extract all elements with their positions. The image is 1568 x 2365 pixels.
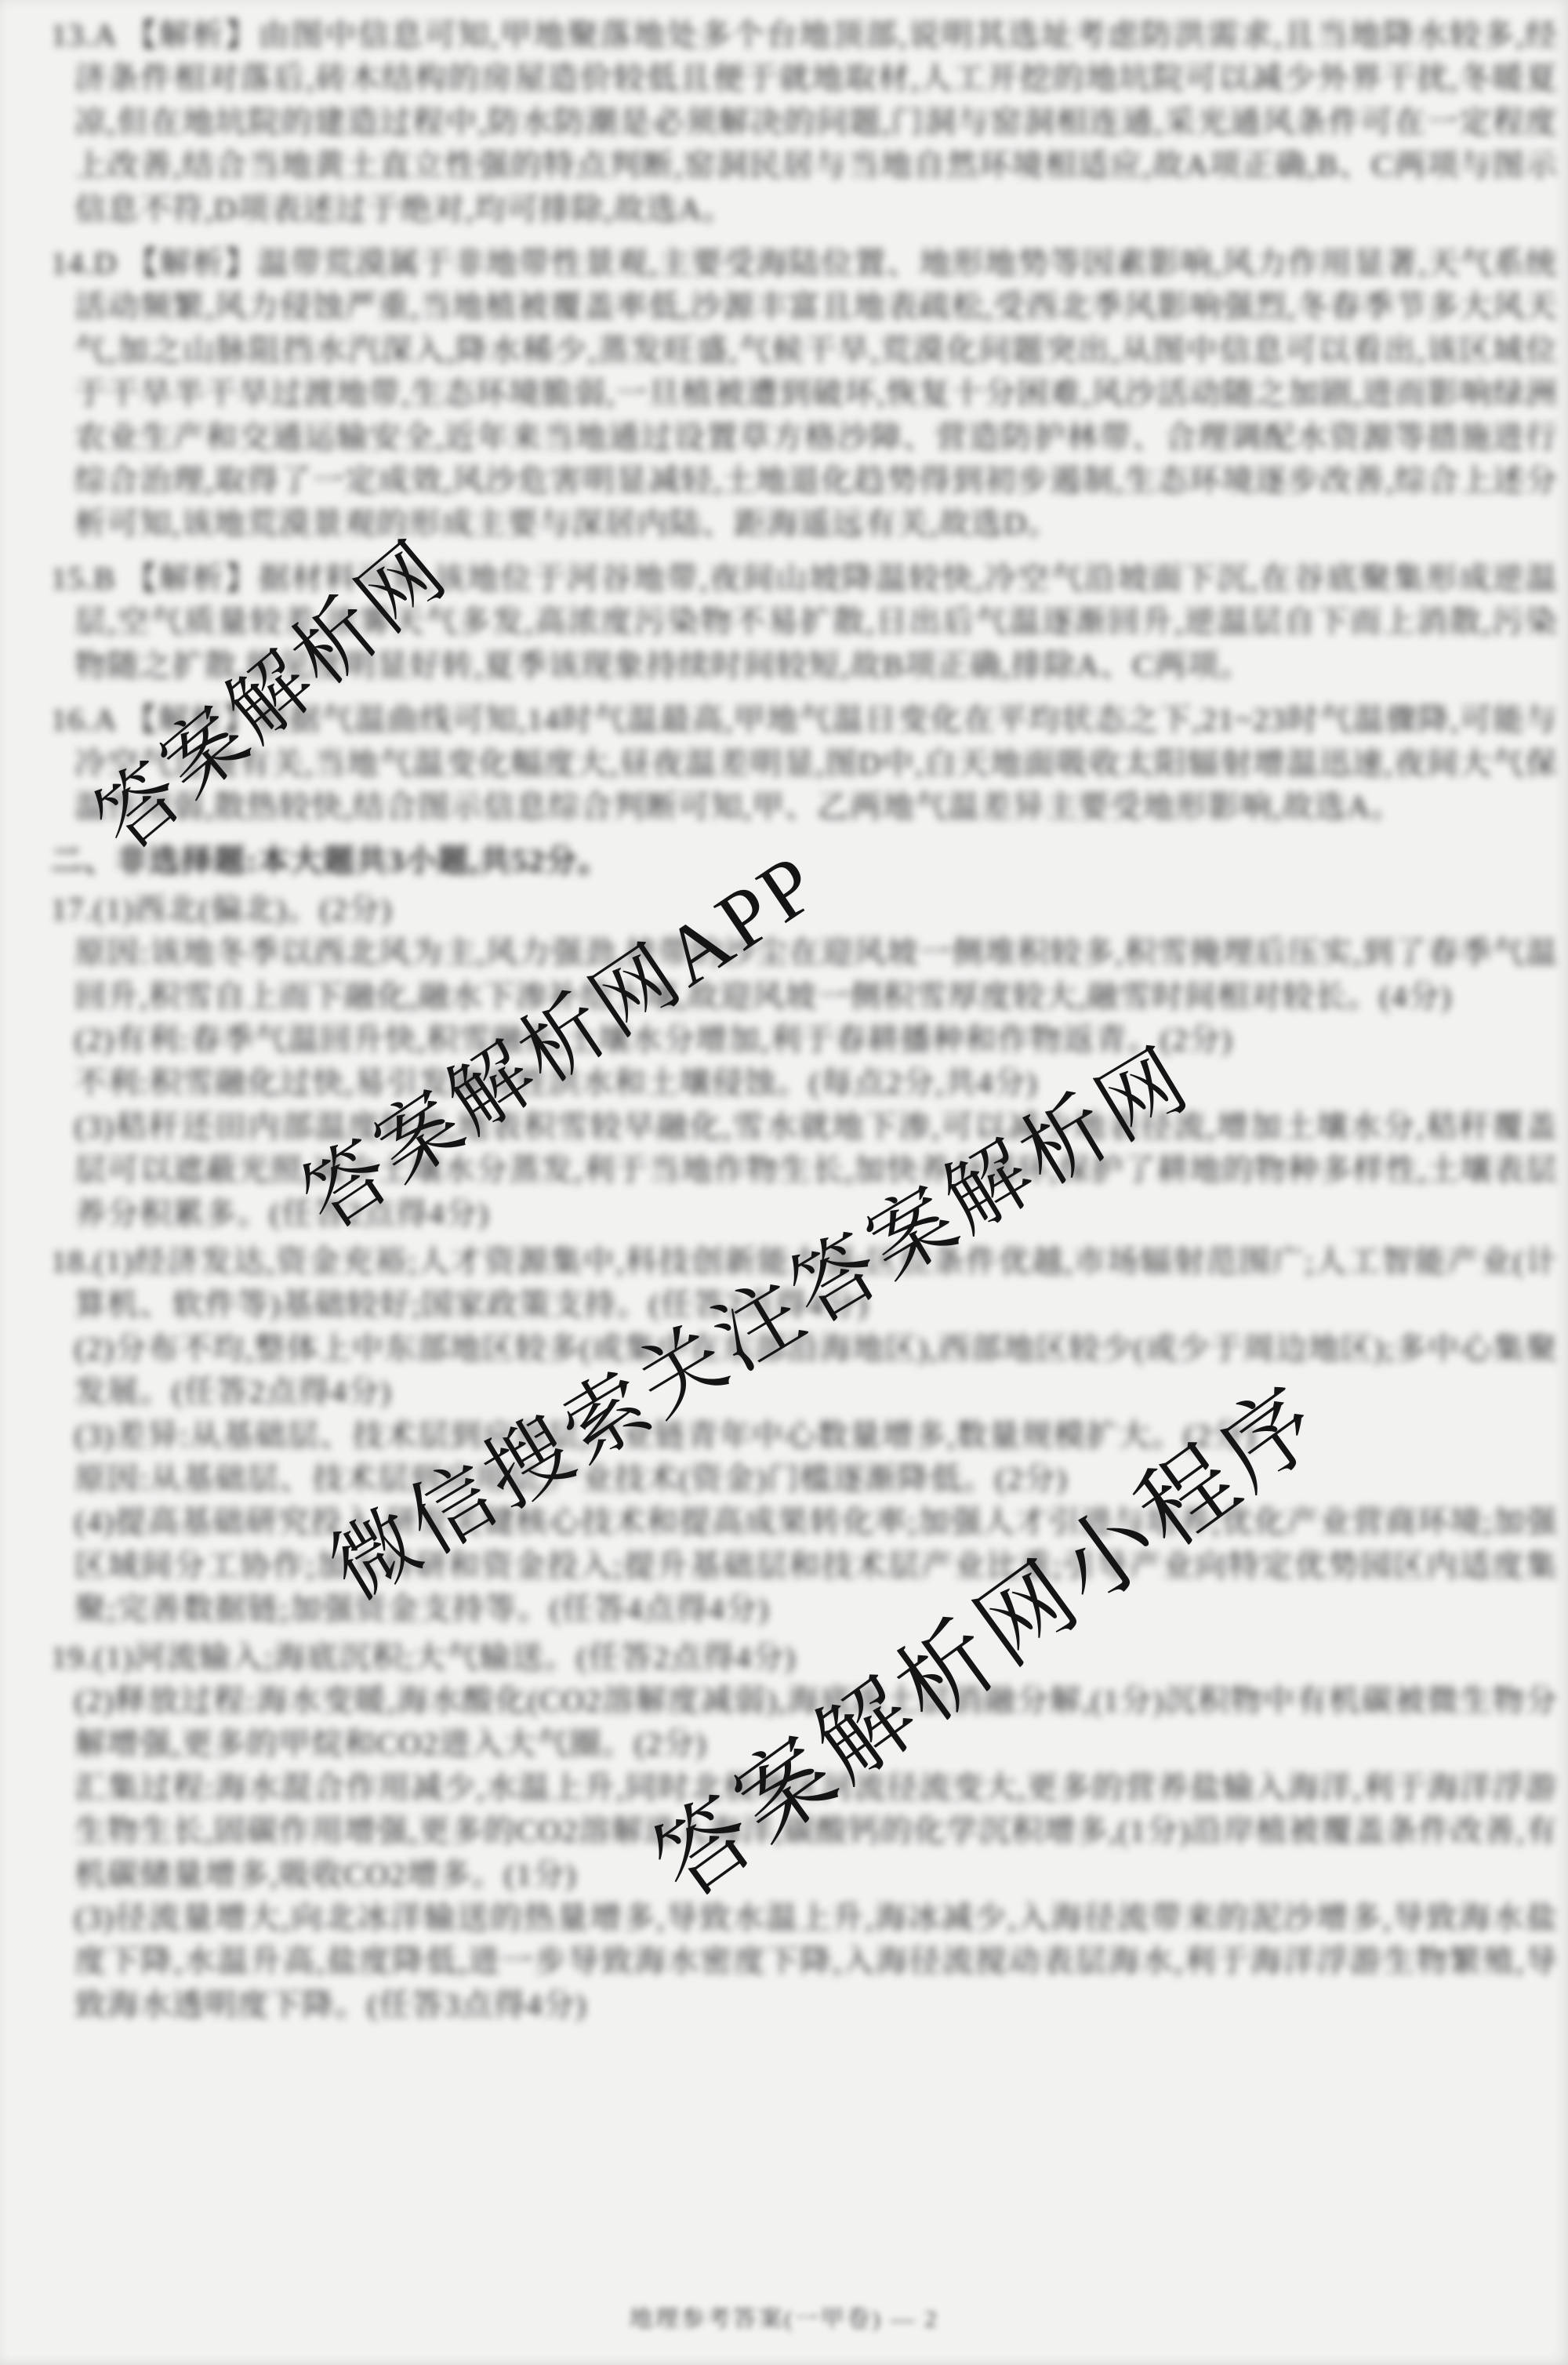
answer-item-14: 14.D 【解析】温带荒漠属于非地带性景观,主要受海陆位置、地形地势等因素影响,… <box>51 242 1558 546</box>
answer-item-19-part1: 19.(1)河流输入;海底沉积;大气输送。(任答2点得4分) <box>51 1636 1558 1679</box>
answer-item-19-part3: (3)径流量增大,向北冰洋输送的热量增多,导致水温上升,海冰减少,入海径流带来的… <box>74 1896 1558 2026</box>
page-footer: 地理参考答案(一甲卷) — 2 <box>630 2299 939 2334</box>
answer-item-18-part3-reason: 原因:从基础层、技术层到应用层,产业技术(资金)门槛逐渐降低。(2分) <box>74 1457 1558 1500</box>
answer-item-17-cons: 不利:积雪融化过快,易引发融雪性洪水和土壤侵蚀。(每点2分,共4分) <box>74 1061 1558 1104</box>
answer-item-18-part4: (4)提高基础研究投入,研发关键核心技术和提高成果转化率;加强人才引进与培养;优… <box>74 1500 1558 1630</box>
answer-item-17-pros: (2)有利:春季气温回升快,积雪融化,土壤水分增加,利于春耕播种和作物返青。(2… <box>74 1018 1558 1061</box>
answer-item-13: 13.A 【解析】由图中信息可知,甲地聚落地处多个台地顶部,说明其选址考虑防洪需… <box>51 13 1558 231</box>
answer-item-17-reason: 原因:该地冬季以西北风为主,风力强劲,挟带的沙尘在迎风坡一侧堆积较多,积雪掩埋后… <box>74 931 1558 1018</box>
scanned-answer-page: 13.A 【解析】由图中信息可知,甲地聚落地处多个台地顶部,说明其选址考虑防洪需… <box>0 0 1568 2365</box>
